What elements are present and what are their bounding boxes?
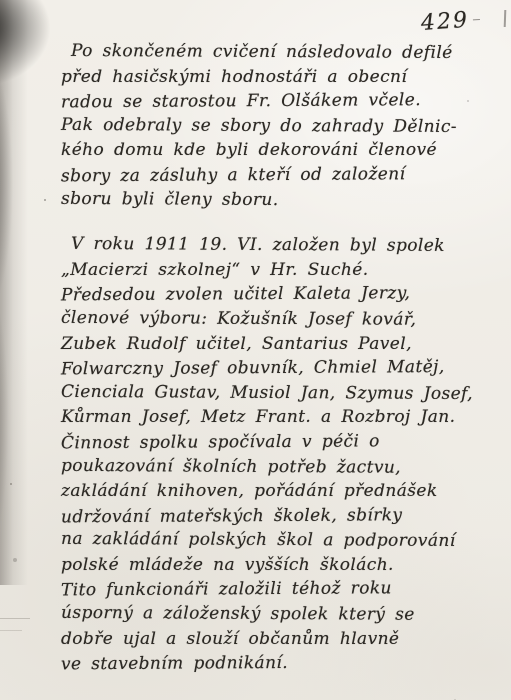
handwritten-line: V roku 1911 19. VI. založen byl spolek — [61, 232, 491, 259]
handwritten-line: úsporný a záloženský spolek který se — [61, 601, 491, 628]
handwritten-line: Pak odebraly se sbory do zahrady Dělnic- — [61, 113, 491, 140]
handwritten-line: polské mládeže na vyšších školách. — [61, 553, 491, 578]
handwritten-line: kého domu kde byli dekorováni členové — [61, 138, 491, 163]
handwritten-line: Zubek Rudolf učitel, Santarius Pavel, — [61, 332, 491, 357]
handwritten-line: Činnost spolku spočívala v péči o — [61, 429, 491, 456]
handwritten-line: Předsedou zvolen učitel Kaleta Jerzy, — [61, 281, 491, 308]
handwritten-line: dobře ujal a slouží občanům hlavně — [61, 627, 491, 652]
handwritten-line: zakládání knihoven, pořádání přednášek — [61, 479, 491, 504]
handwritten-line: poukazování školních potřeb žactvu, — [61, 453, 491, 480]
handwritten-line: sbory za zásluhy a kteří od založení — [61, 162, 491, 189]
handwritten-line: před hasičskými hodnostáři a obecní — [61, 65, 491, 90]
handwritten-line: radou se starostou Fr. Olšákem včele. — [61, 88, 491, 115]
handwritten-line: Po skončeném cvičení následovalo defilé — [61, 39, 491, 66]
handwritten-line: Kůrman Josef, Metz Frant. a Rozbroj Jan. — [61, 405, 491, 430]
scan-streaks — [0, 616, 34, 638]
handwritten-line: udržování mateřských školek, sbírky — [61, 502, 491, 529]
paragraph: V roku 1911 19. VI. založen byl spolek„M… — [61, 233, 491, 676]
scan-speck — [44, 199, 46, 201]
handwritten-line: členové výboru: Kožušník Josef kovář, — [61, 306, 491, 333]
paragraph: Po skončeném cvičení následovalo defilép… — [61, 40, 491, 212]
scanned-page: 429 Po skončeném cvičení následovalo def… — [0, 0, 511, 700]
handwritten-line: Cienciala Gustav, Musiol Jan, Szymus Jos… — [61, 380, 491, 407]
handwritten-line: „Macierzi szkolnej“ v Hr. Suché. — [61, 258, 491, 283]
handwritten-line: Folwarczny Josef obuvník, Chmiel Matěj, — [61, 355, 491, 382]
page-number: 429 — [420, 7, 481, 36]
handwriting-block: Po skončeném cvičení následovalo defilép… — [61, 40, 491, 676]
handwritten-line: Tito funkcionáři založili téhož roku — [61, 576, 491, 603]
handwritten-line: sboru byli členy sboru. — [61, 186, 491, 213]
scan-mark — [504, 10, 506, 27]
handwritten-line: na zakládání polských škol a podporování — [61, 527, 491, 554]
handwritten-line: ve stavebním podnikání. — [61, 650, 491, 677]
